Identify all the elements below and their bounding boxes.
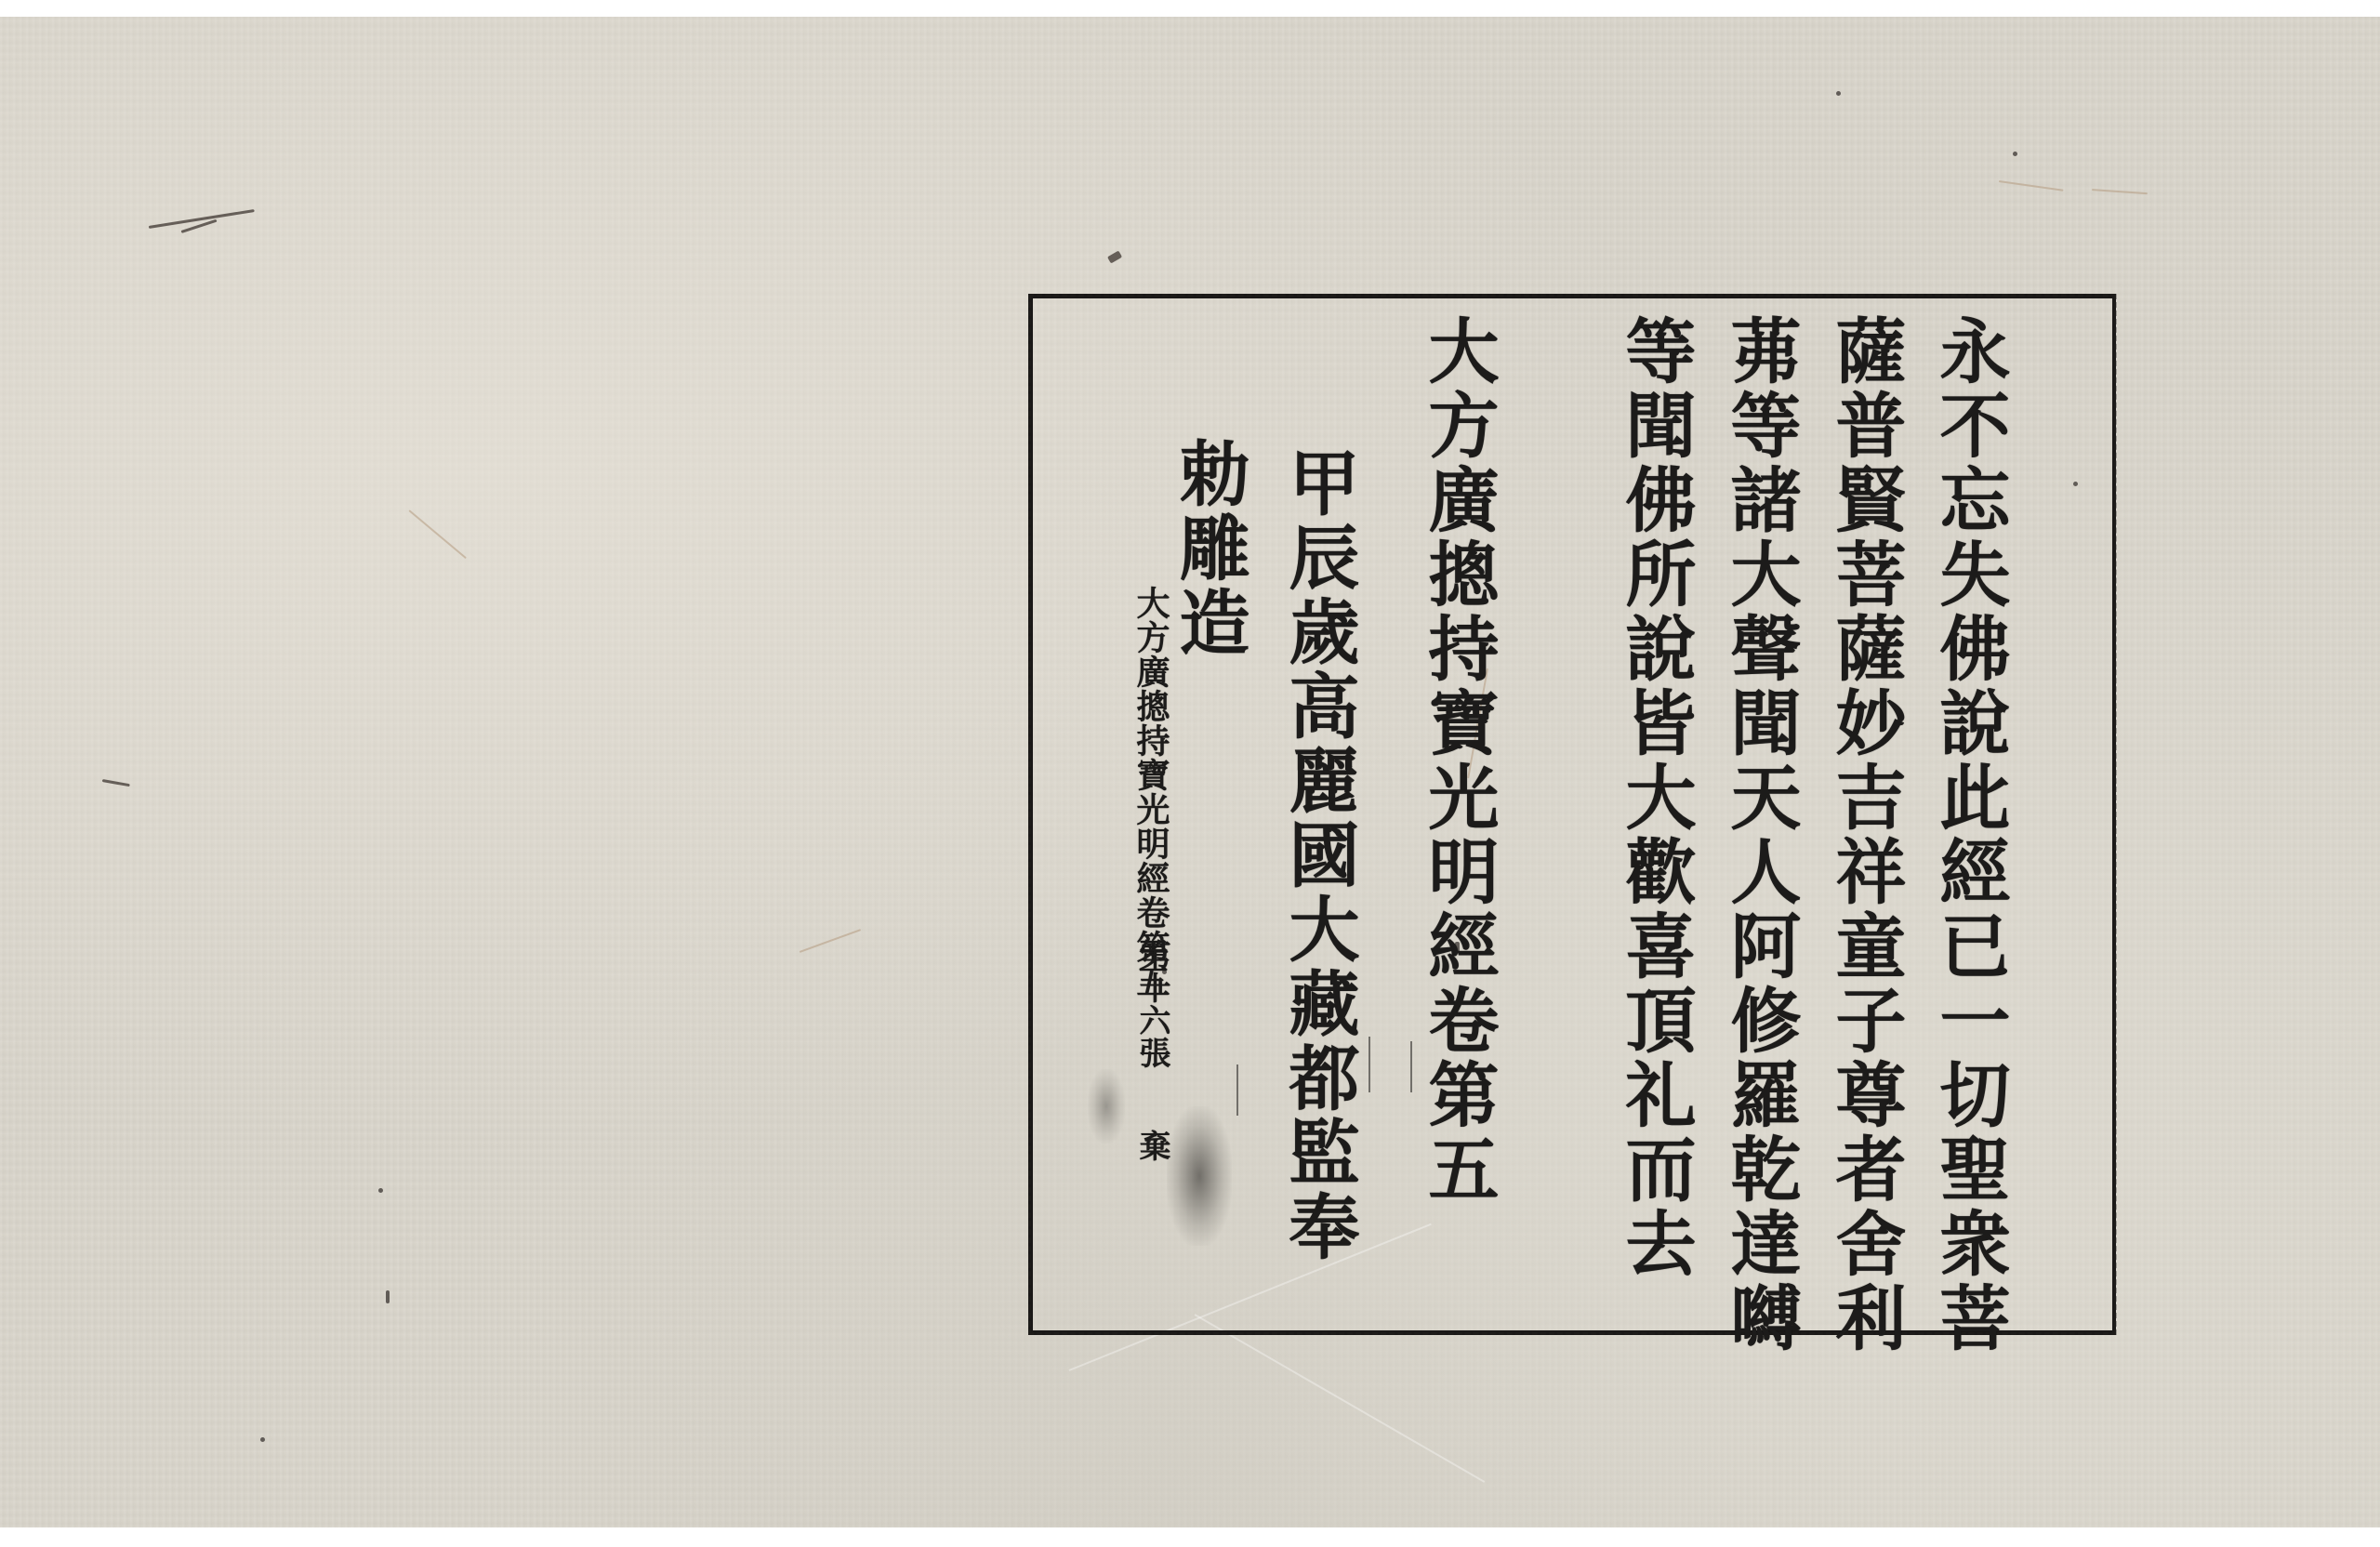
paper-fiber [800, 929, 861, 953]
text-column-3: 茀等諸大聲聞天人阿修羅乾達嚩 [1725, 314, 1795, 1355]
paper-speck [1836, 91, 1841, 96]
text-column-4: 等聞佛所說皆大歡喜頂礼而去 [1620, 314, 1690, 1281]
paper-fiber [1999, 180, 2064, 192]
paper-speck [260, 1437, 265, 1442]
ink-smudge [1088, 1069, 1125, 1144]
carver-mark: 棄 [1136, 1130, 1168, 1162]
sutra-title: 大方廣摠持寶光明經卷第五 [1422, 314, 1493, 1207]
paper-speck [378, 1188, 383, 1193]
ink-smudge [1167, 1106, 1232, 1246]
paper-speck [2013, 152, 2017, 156]
page-number: 第十六張 [1136, 939, 1168, 1069]
paper-fiber [102, 779, 130, 787]
paper-speck [386, 1290, 390, 1303]
text-column-1: 永不忘失佛說此經已一切聖衆菩 [1934, 314, 2004, 1355]
margin-title: 大方廣摠持寶光明經卷第五 [1134, 586, 1168, 998]
paper-fold-line [1195, 1314, 1486, 1483]
ink-scratch [1368, 1037, 1370, 1092]
colophon-line-2: 勅雕造 [1173, 437, 1244, 660]
ink-scratch [1410, 1041, 1412, 1092]
paper-fiber [408, 509, 467, 559]
text-column-2: 薩普賢菩薩妙吉祥童子尊者舍利 [1830, 314, 1900, 1355]
ink-scratch [1236, 1064, 1238, 1116]
colophon-line-1: 甲辰歲高麗國大藏都監奉 [1283, 446, 1354, 1264]
paper-fiber [2092, 189, 2148, 194]
paper-fiber [1107, 251, 1122, 264]
